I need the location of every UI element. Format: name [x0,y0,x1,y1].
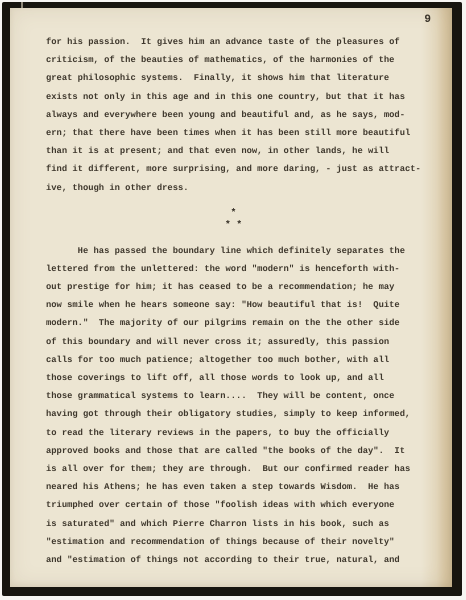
text-line: and "estimation of things not according … [46,551,426,569]
text-line: find it different, more surprising, and … [46,160,426,178]
text-line: "estimation and recommendation of things… [46,533,426,551]
text-line: those coverings to lift off, all those w… [46,369,426,387]
text-line: for his passion. It gives him an advance… [46,33,426,51]
body-text: for his passion. It gives him an advance… [46,33,426,569]
scanned-document: 9 for his passion. It gives him an advan… [0,0,466,600]
text-line: calls for too much patience; altogether … [46,351,426,369]
separator-asterisks-bottom: * * [46,219,421,231]
paragraph-2: He has passed the boundary line which de… [46,242,426,569]
text-line: ive, though in other dress. [46,179,426,197]
text-line: He has passed the boundary line which de… [46,242,426,260]
text-line: out prestige for him; it has ceased to b… [46,278,426,296]
text-line: ern; that there have been times when it … [46,124,426,142]
text-line: of this boundary and will never cross it… [46,333,426,351]
text-line: is saturated" and which Pierre Charron l… [46,515,426,533]
separator-asterisk-top: * [46,207,421,219]
text-line: having got through their obligatory stud… [46,405,426,423]
text-line: great philosophic systems. Finally, it s… [46,69,426,87]
text-line: always and everywhere been young and bea… [46,106,426,124]
text-line: to read the literary reviews in the pape… [46,424,426,442]
text-line: lettered from the unlettered: the word "… [46,260,426,278]
text-line: than it is at present; and that even now… [46,142,426,160]
text-line: those grammatical systems to learn.... T… [46,387,426,405]
document-page: 9 for his passion. It gives him an advan… [10,8,452,587]
text-line: is all over for them; they are through. … [46,460,426,478]
text-line: triumphed over certain of those "foolish… [46,496,426,514]
paragraph-1: for his passion. It gives him an advance… [46,33,426,197]
text-line: modern." The majority of our pilgrims re… [46,314,426,332]
text-line: approved books and those that are called… [46,442,426,460]
text-line: neared his Athens; he has even taken a s… [46,478,426,496]
text-line: now smile when he hears someone say: "Ho… [46,296,426,314]
section-separator: * * * [46,207,421,231]
text-line: exists not only in this age and in this … [46,88,426,106]
page-number: 9 [424,14,431,26]
text-line: criticism, of the beauties of mathematic… [46,51,426,69]
